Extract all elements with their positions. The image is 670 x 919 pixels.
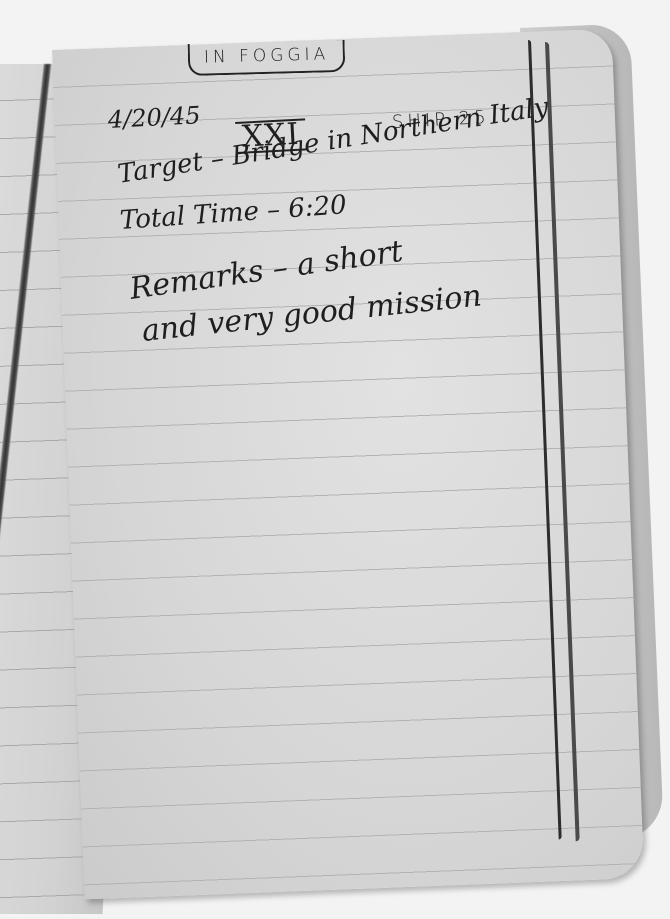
entry-date: 4/20/45: [107, 101, 201, 134]
location-label: IN FOGGIA: [188, 40, 346, 76]
notebook-photo: IN FOGGIA 4/20/45 XXI SHIP 25 Target – B…: [0, 0, 670, 919]
